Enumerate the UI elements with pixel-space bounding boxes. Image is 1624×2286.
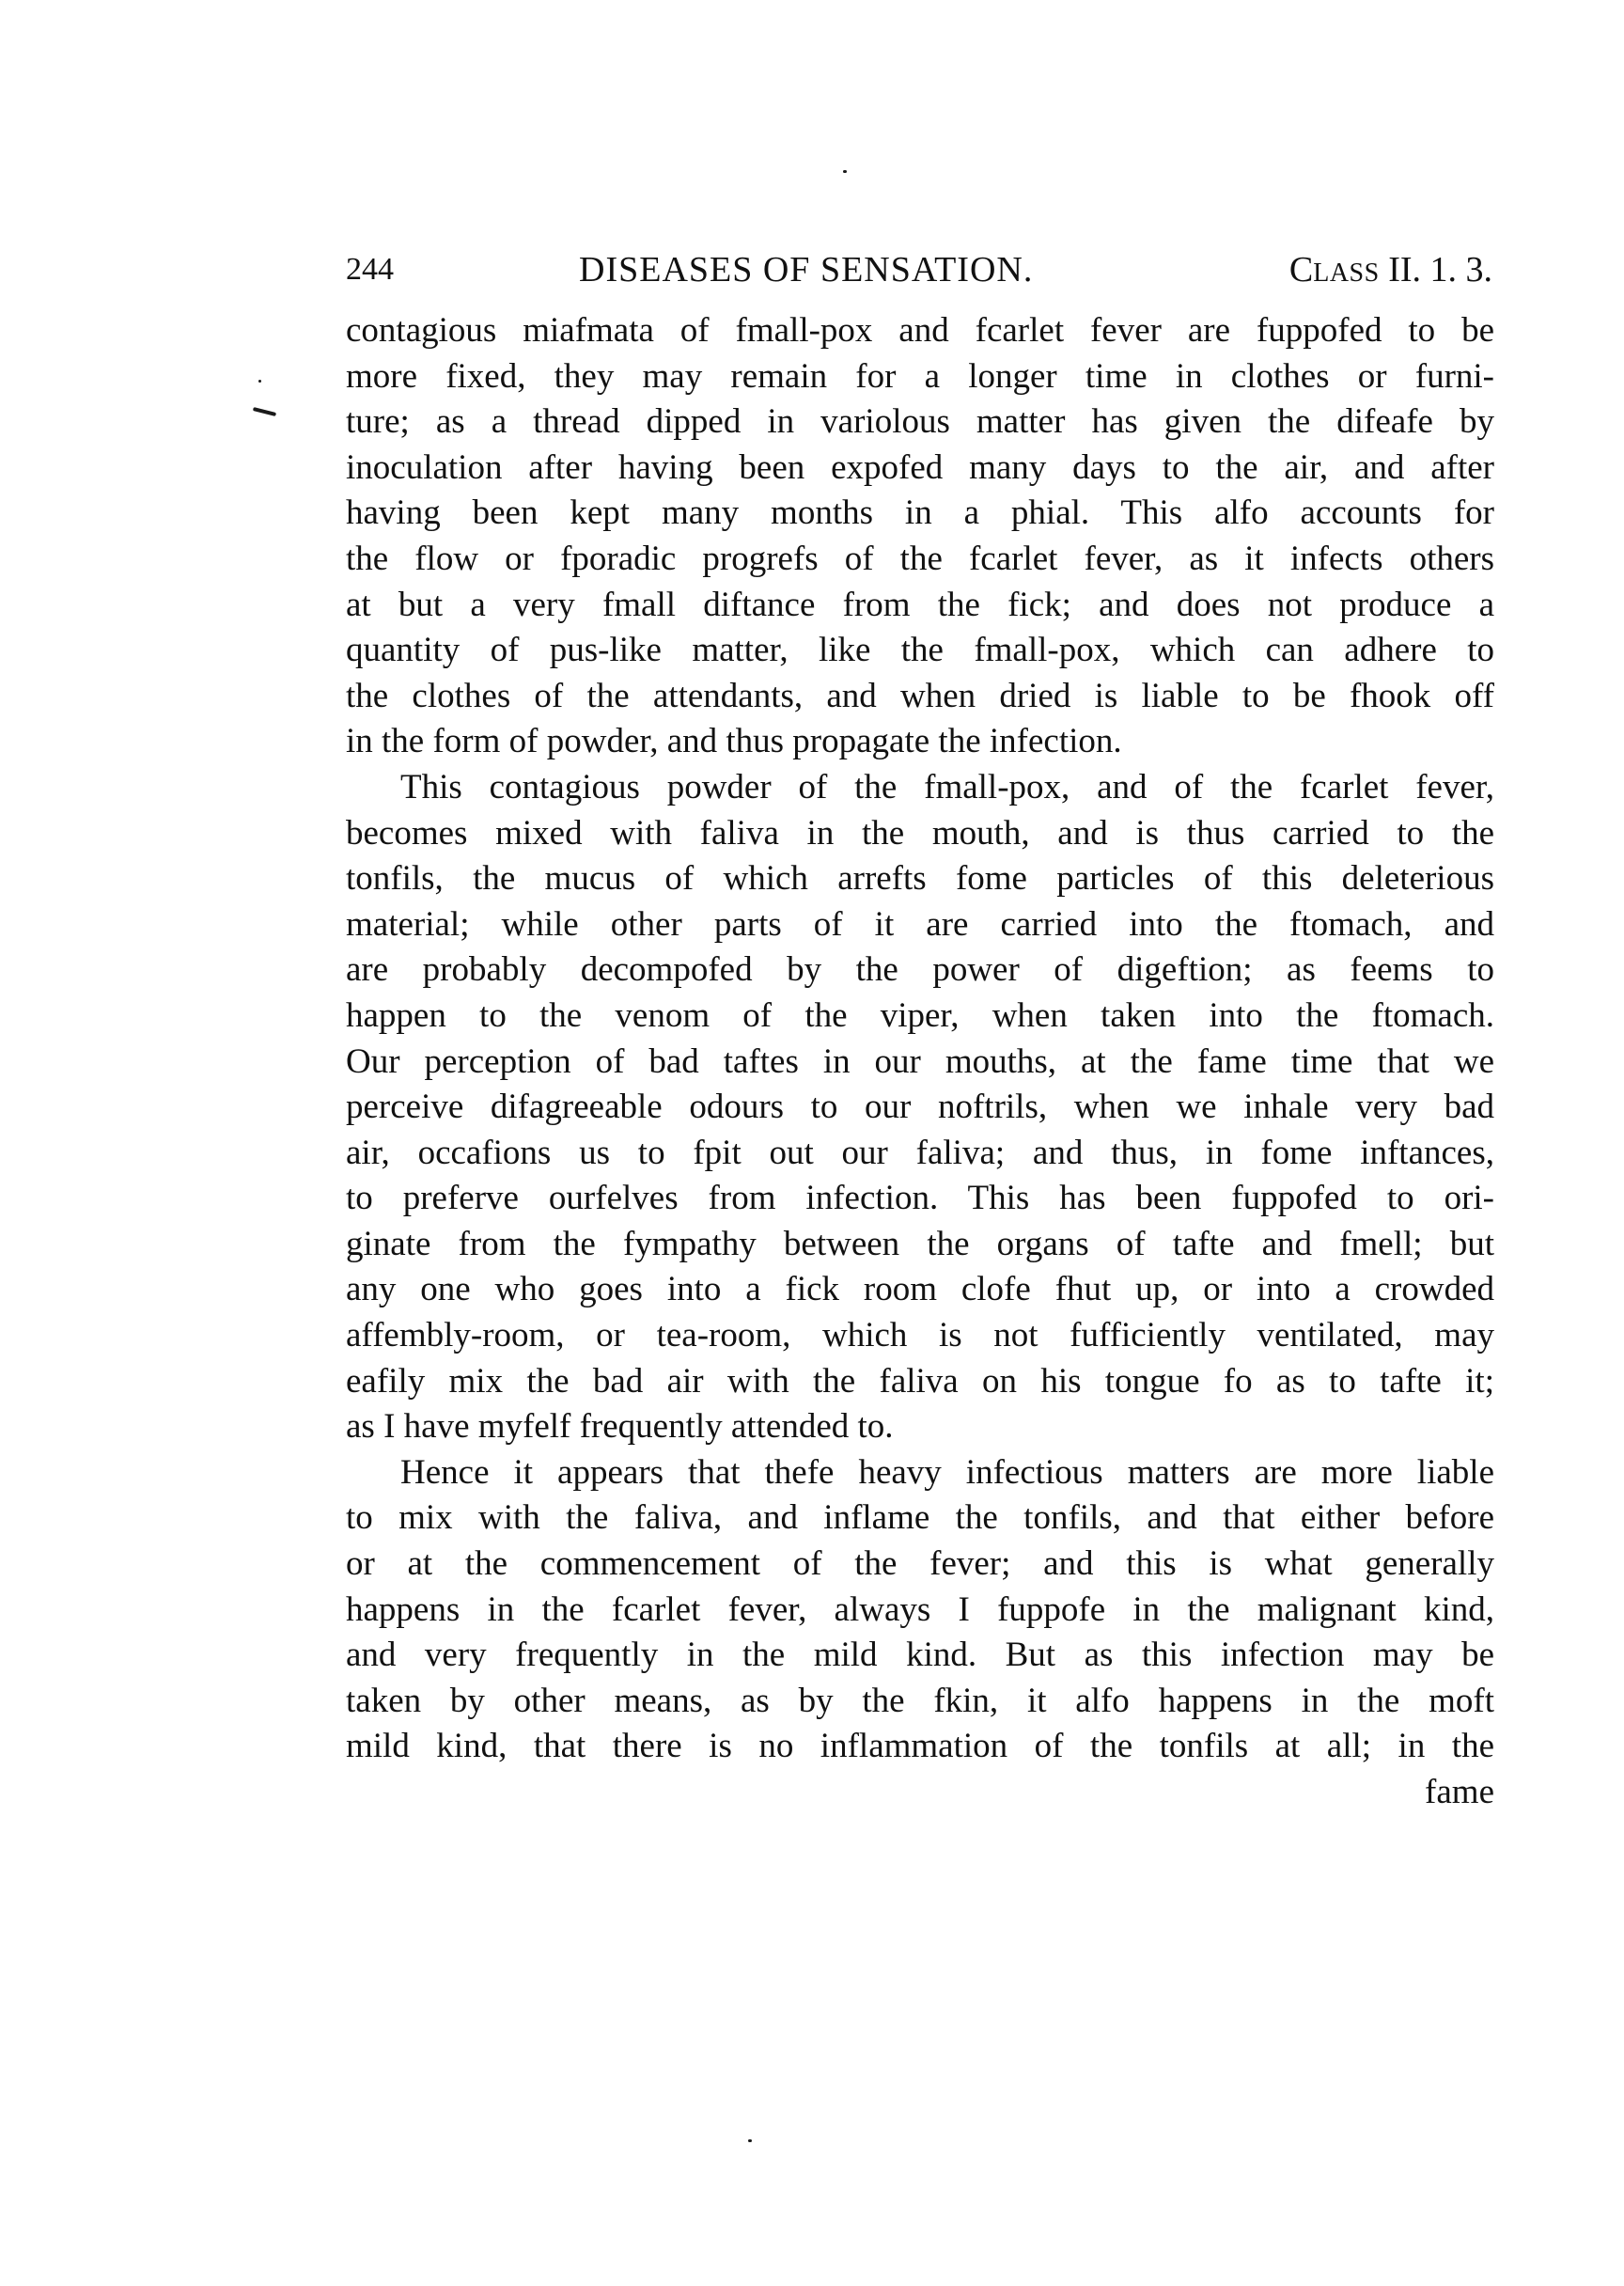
text-line: Our perception of bad taftes in our mout…: [346, 1040, 1494, 1086]
scan-speck-top: [843, 170, 847, 173]
class-numeral: II. 1. 3.: [1380, 250, 1492, 290]
catchword: fame: [346, 1770, 1494, 1816]
scan-speck-margin-small: [258, 380, 261, 383]
text-line: contagious miafmata of fmall-pox and fca…: [346, 308, 1494, 354]
text-line: at but a very fmall diftance from the fi…: [346, 583, 1494, 629]
text-line: are probably decompofed by the power of …: [346, 947, 1494, 994]
text-line: more fixed, they may remain for a longer…: [346, 354, 1494, 400]
text-line: eafily mix the bad air with the faliva o…: [346, 1359, 1494, 1405]
page-number: 244: [346, 246, 394, 293]
text-line: ginate from the fympathy between the org…: [346, 1222, 1494, 1268]
text-line: happens in the fcarlet fever, always I f…: [346, 1588, 1494, 1634]
text-line: tonfils, the mucus of which arrefts fome…: [346, 856, 1494, 902]
text-line: This contagious powder of the fmall-pox,…: [346, 765, 1494, 811]
text-line: to preferve ourfelves from infection. Th…: [346, 1176, 1494, 1222]
book-page: 244 DISEASES OF SENSATION. CLASS II. 1. …: [0, 0, 1624, 2286]
scan-speck-bottom: [748, 2139, 752, 2142]
text-line: Hence it appears that thefe heavy infect…: [346, 1450, 1494, 1496]
running-title: DISEASES OF SENSATION.: [579, 246, 1033, 293]
paragraph-1: contagious miafmata of fmall-pox and fca…: [346, 308, 1494, 765]
paragraph-2: This contagious powder of the fmall-pox,…: [346, 765, 1494, 1450]
text-line: inoculation after having been expofed ma…: [346, 446, 1494, 492]
running-head: 244 DISEASES OF SENSATION. CLASS II. 1. …: [346, 246, 1494, 293]
text-line: affembly-room, or tea-room, which is not…: [346, 1313, 1494, 1359]
text-line: material; while other parts of it are ca…: [346, 902, 1494, 948]
text-line: taken by other means, as by the fkin, it…: [346, 1679, 1494, 1725]
text-line: in the form of powder, and thus propagat…: [346, 719, 1494, 765]
text-line: perceive difagreeable odours to our noft…: [346, 1085, 1494, 1131]
text-line: the clothes of the attendants, and when …: [346, 674, 1494, 720]
text-line: or at the commencement of the fever; and…: [346, 1542, 1494, 1588]
text-line: ture; as a thread dipped in variolous ma…: [346, 399, 1494, 446]
text-line: mild kind, that there is no inflammation…: [346, 1724, 1494, 1770]
body-text: contagious miafmata of fmall-pox and fca…: [346, 308, 1494, 1816]
text-line: to mix with the faliva, and inflame the …: [346, 1495, 1494, 1542]
text-line: as I have myfelf frequently attended to.: [346, 1404, 1494, 1450]
class-reference: CLASS II. 1. 3.: [1289, 246, 1492, 297]
text-line: happen to the venom of the viper, when t…: [346, 994, 1494, 1040]
text-line: having been kept many months in a phial.…: [346, 491, 1494, 537]
text-line: air, occafions us to fpit out our faliva…: [346, 1131, 1494, 1177]
text-line: the flow or fporadic progrefs of the fca…: [346, 537, 1494, 583]
text-line: quantity of pus-like matter, like the fm…: [346, 628, 1494, 674]
class-label-cap: C: [1289, 250, 1313, 290]
class-label-smallcaps: LASS: [1313, 258, 1379, 288]
text-line: becomes mixed with faliva in the mouth, …: [346, 811, 1494, 857]
text-line: and very frequently in the mild kind. Bu…: [346, 1633, 1494, 1679]
paragraph-3: Hence it appears that thefe heavy infect…: [346, 1450, 1494, 1770]
text-line: any one who goes into a fick room clofe …: [346, 1267, 1494, 1313]
scan-mark-margin-dash: [253, 407, 276, 416]
